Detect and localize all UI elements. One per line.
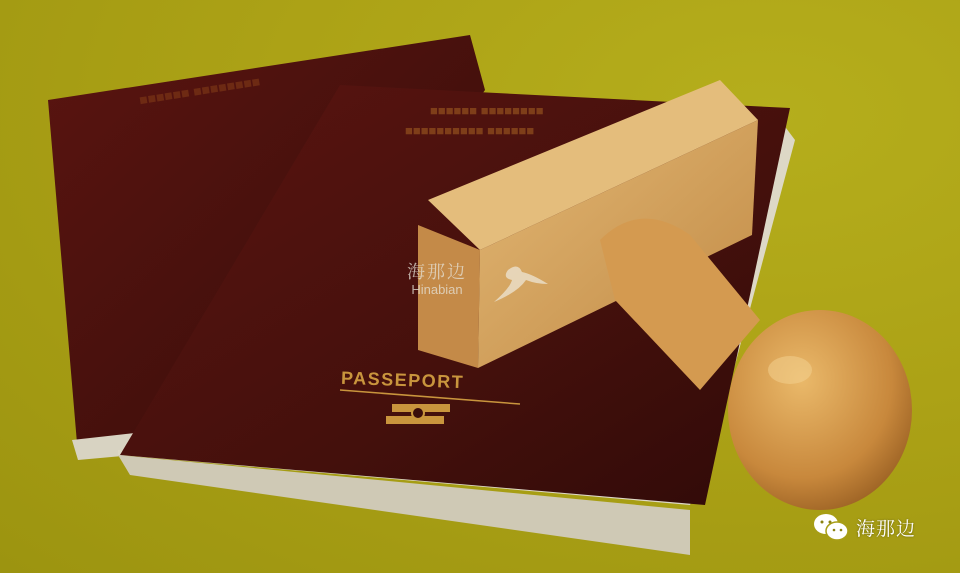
photo: ■■■■■■ ■■■■■■■■ ■■■■■■ ■■■■■■■■ ■■■■■■■■… xyxy=(0,0,960,573)
brand-badge: 海那边 xyxy=(812,512,916,542)
wechat-icon xyxy=(812,512,850,542)
watermark-chinese: 海那边 xyxy=(407,262,467,282)
watermark: 海那边 Hinabian xyxy=(407,262,467,298)
passport-cover-text: PASSEPORT xyxy=(341,368,465,393)
brand-name: 海那边 xyxy=(856,514,916,541)
watermark-english: Hinabian xyxy=(407,282,467,298)
watermark-logo-icon xyxy=(488,262,552,306)
svg-text:■■■■■■ ■■■■■■■■: ■■■■■■ ■■■■■■■■ xyxy=(430,103,544,118)
svg-text:■■■■■■■■■■ ■■■■■■: ■■■■■■■■■■ ■■■■■■ xyxy=(405,123,534,138)
